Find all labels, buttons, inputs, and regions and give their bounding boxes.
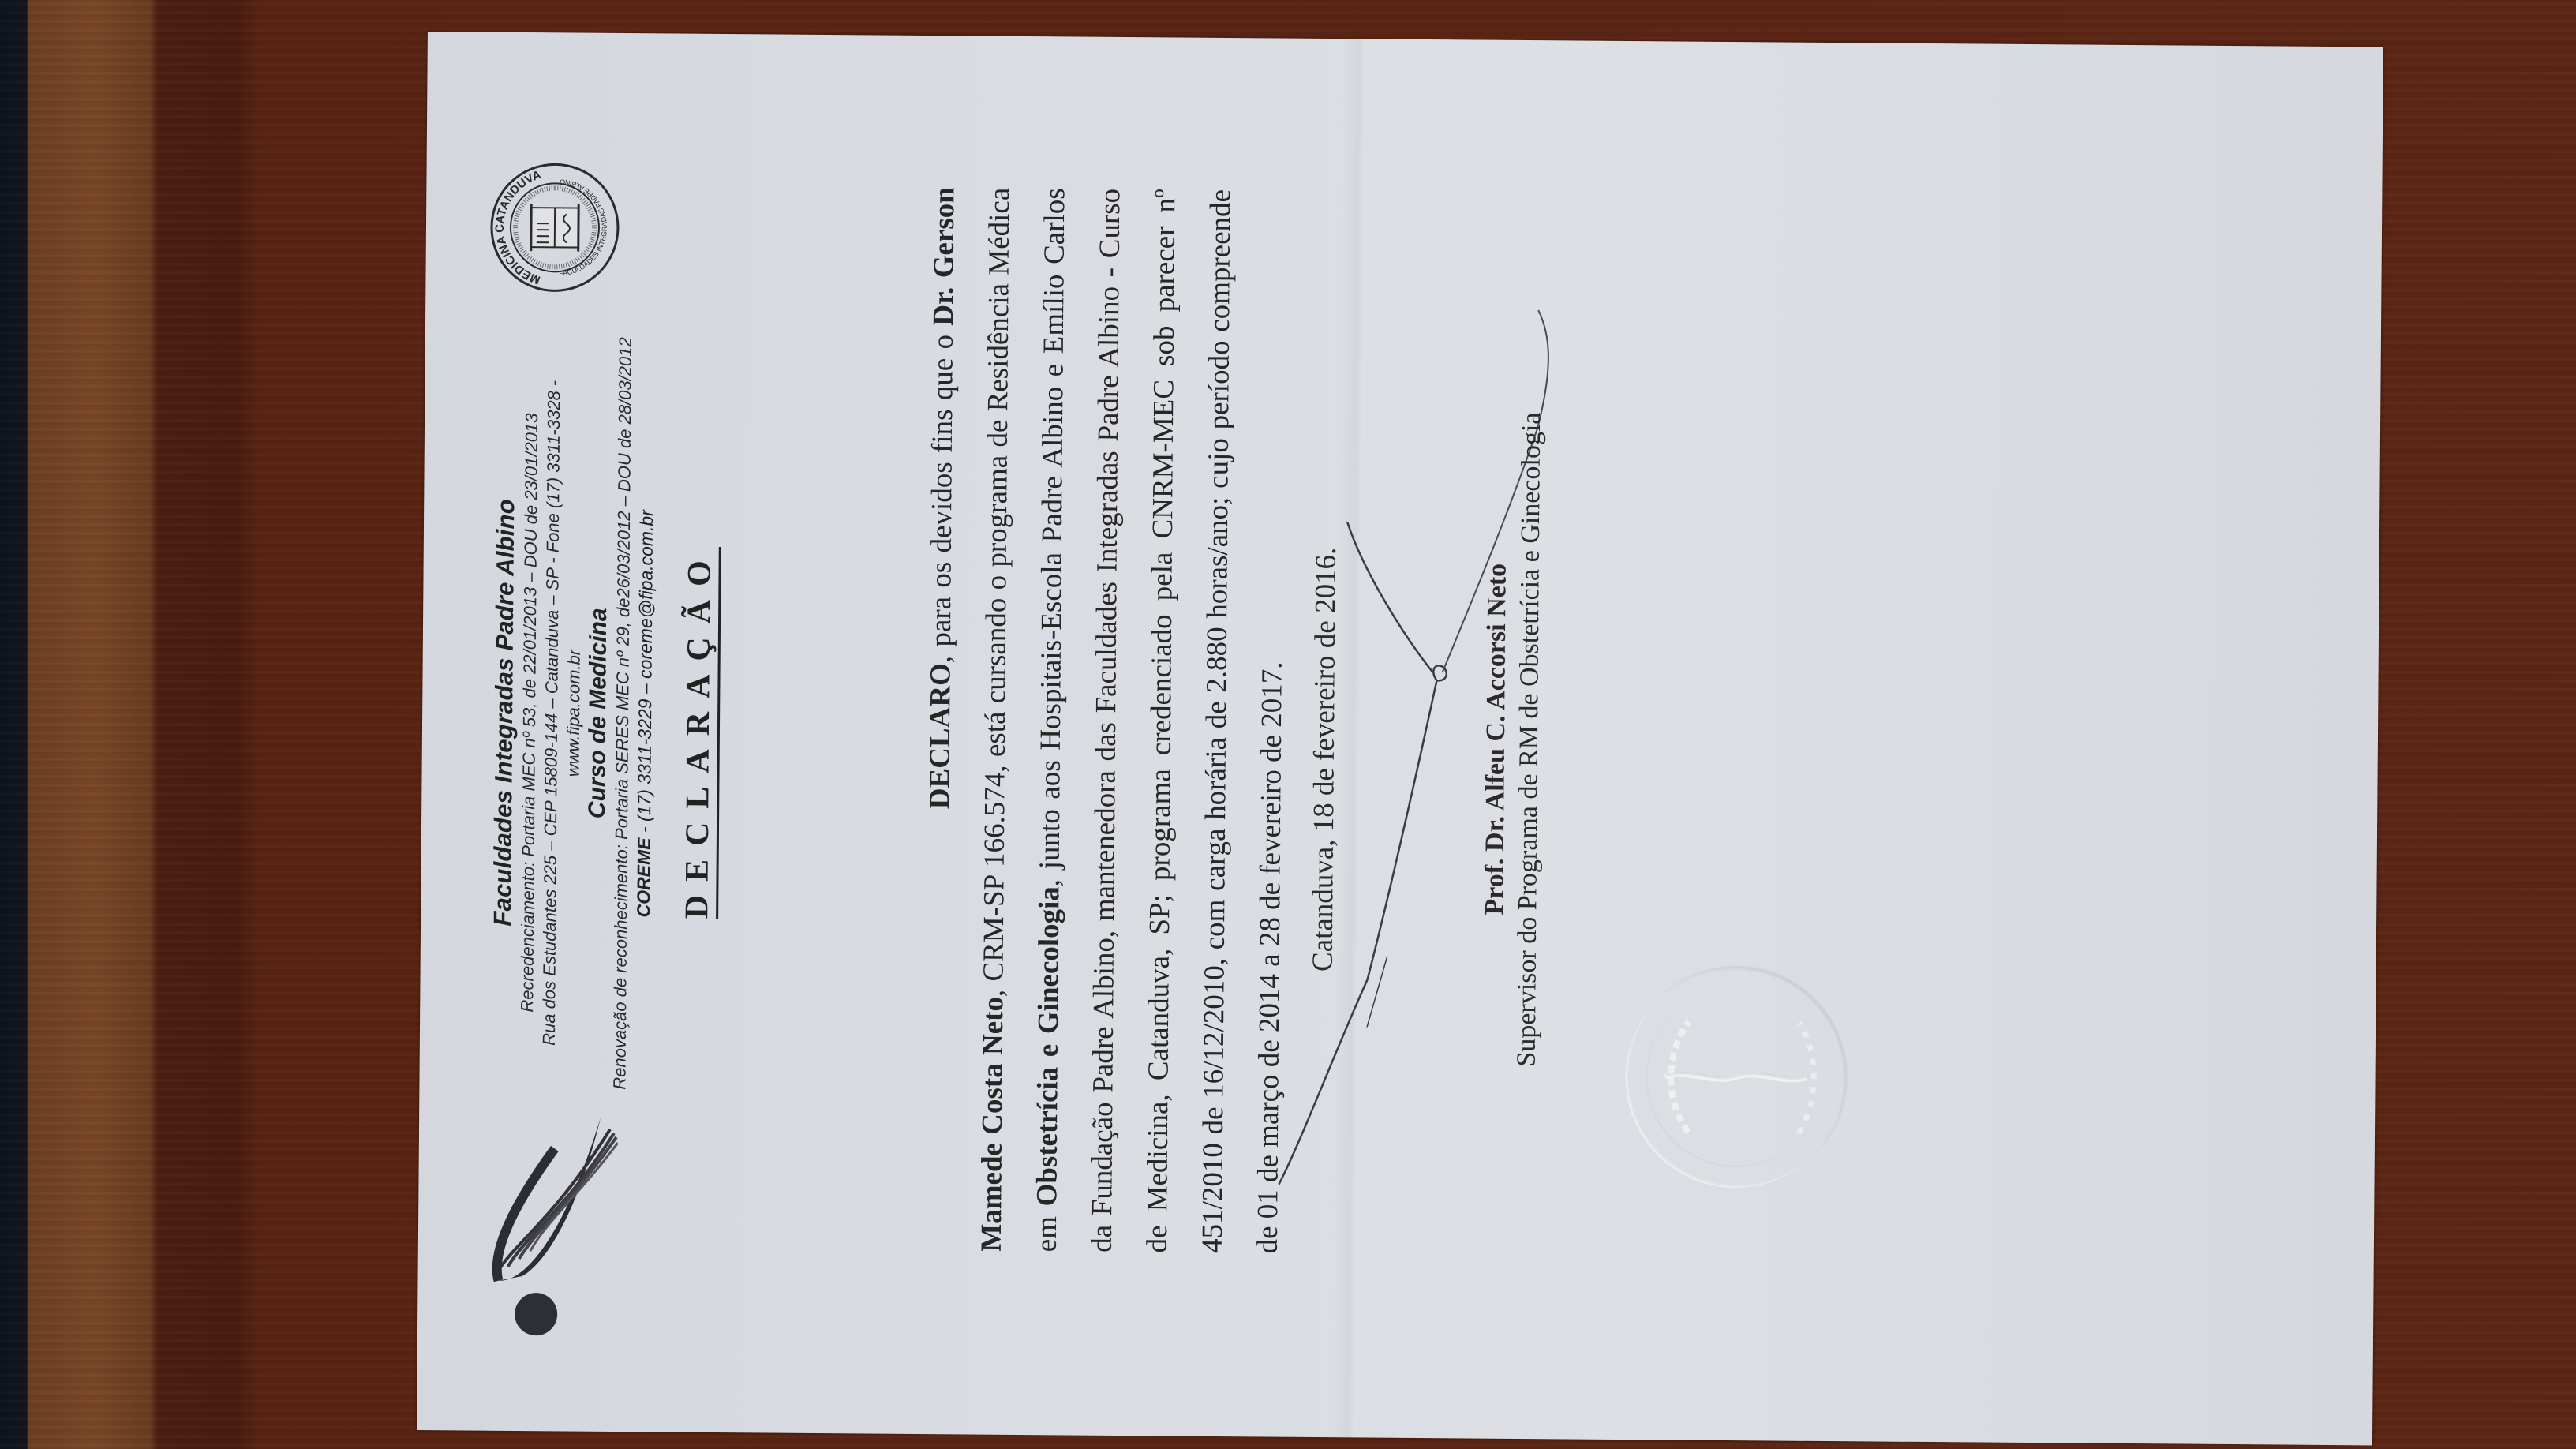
paper-sheet: MEDICINA CATANDUVA FACULDADES INTEGRADAS… — [417, 32, 2383, 1445]
body-text-1: , para os devidos fins que o — [925, 325, 960, 663]
coreme-label: COREME — [633, 837, 654, 917]
embossed-seal-icon — [1624, 966, 1847, 1189]
document-title-text: DECLARAÇÃO — [679, 547, 721, 919]
paragraph-indent — [945, 809, 949, 1251]
embossed-caduceus-icon — [1624, 966, 1847, 1189]
specialty-name: Obstetrícia e Ginecologia — [1031, 886, 1065, 1207]
declaro-keyword: DECLARO — [923, 663, 957, 809]
date-line: Catanduva, 18 de fevereiro de 2016. — [1306, 548, 1343, 972]
address-line: Rua dos Estudantes 225 – CEP 15809-144 –… — [537, 334, 588, 1091]
letterhead: Faculdades Integradas Padre Albino Recre… — [487, 334, 659, 1093]
declaration-body: DECLARO, para os devidos fins que o Dr. … — [909, 187, 1305, 1254]
coreme-contact: - (17) 3311-3229 – coreme@fipa.com.br — [634, 510, 657, 838]
institution-logo-icon — [490, 1109, 618, 1339]
document-page: MEDICINA CATANDUVA FACULDADES INTEGRADAS… — [417, 32, 2383, 1445]
body-text-3: , junto aos Hospitais-Escola Padre Albin… — [1033, 188, 1288, 1253]
document-title: DECLARAÇÃO — [674, 34, 723, 1432]
medicina-catanduva-seal-icon: MEDICINA CATANDUVA FACULDADES INTEGRADAS… — [487, 160, 622, 295]
